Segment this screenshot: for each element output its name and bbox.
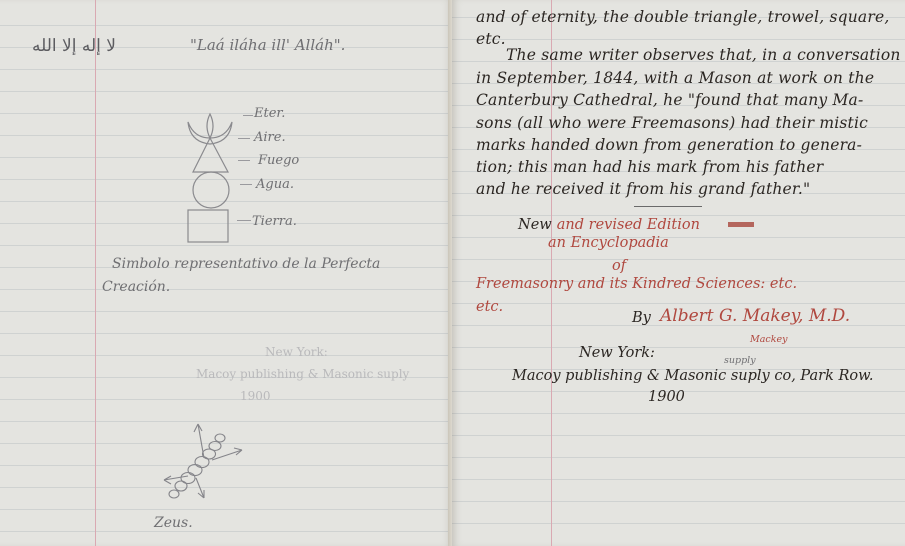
author-correction: Mackey bbox=[750, 334, 787, 345]
element-label-agua: Agua. bbox=[256, 177, 294, 192]
by-label: By bbox=[632, 310, 651, 326]
citation-line-etc: etc. bbox=[476, 299, 503, 315]
paragraph-line: tion; this man had his mark from his fat… bbox=[476, 158, 823, 176]
crossed-out-mark bbox=[728, 222, 754, 227]
author-name: Albert G. Makey, M.D. bbox=[660, 306, 850, 326]
connector-dash bbox=[238, 138, 250, 139]
citation-line-encyclopedia: an Encyclopadia bbox=[548, 235, 669, 251]
element-label-aire: Aire. bbox=[254, 130, 286, 145]
paragraph-line: and he received it from his grand father… bbox=[476, 180, 810, 198]
transliteration-text: "Laá iláha ill' Alláh". bbox=[190, 36, 345, 54]
bleed-through-line3: 1900 bbox=[240, 389, 271, 403]
left-margin-line bbox=[95, 0, 96, 546]
edition-revised-text: and revised Edition bbox=[557, 217, 700, 233]
publication-city: New York: bbox=[579, 345, 655, 361]
zeus-spiral-symbol-icon bbox=[160, 420, 250, 510]
connector-dash bbox=[237, 220, 251, 221]
element-label-eter: Eter. bbox=[254, 106, 285, 121]
connector-dash bbox=[238, 160, 250, 161]
edition-line: New and revised Edition bbox=[518, 214, 700, 233]
publisher-line: Macoy publishing & Masonic suply co, Par… bbox=[512, 368, 873, 384]
element-label-fuego: Fuego bbox=[258, 153, 299, 168]
bleed-through-line1: New York: bbox=[265, 345, 328, 359]
connector-dash bbox=[240, 184, 252, 185]
connector-dash bbox=[243, 115, 253, 116]
paragraph-line: and of eternity, the double triangle, tr… bbox=[476, 8, 889, 26]
diagram-caption-line1: Simbolo representativo de la Perfecta bbox=[112, 256, 380, 272]
edition-new-word: New bbox=[518, 217, 552, 233]
left-notebook-page: ﻻ ﺇﻟﻪ ﺇﻻ ﺍﻟﻠﻪ "Laá iláha ill' Alláh". Et… bbox=[0, 0, 452, 546]
bleed-through-line2: Macoy publishing & Masonic suply bbox=[196, 367, 409, 381]
right-notebook-page: and of eternity, the double triangle, tr… bbox=[452, 0, 905, 546]
paragraph-line: The same writer observes that, in a conv… bbox=[506, 46, 901, 64]
paragraph-line: Canterbury Cathedral, he "found that man… bbox=[476, 91, 863, 109]
paragraph-line: marks handed down from generation to gen… bbox=[476, 136, 862, 154]
zeus-label: Zeus. bbox=[154, 515, 193, 531]
paragraph-line: in September, 1844, with a Mason at work… bbox=[476, 69, 874, 87]
diagram-caption-line2: Creación. bbox=[102, 279, 170, 295]
publisher-correction: supply bbox=[724, 355, 756, 366]
citation-line-freemasonry: Freemasonry and its Kindred Sciences: et… bbox=[476, 276, 797, 292]
arabic-inscription: ﻻ ﺇﻟﻪ ﺇﻻ ﺍﻟﻠﻪ bbox=[32, 36, 116, 56]
citation-line-of: of bbox=[612, 258, 626, 274]
paragraph-line: etc. bbox=[476, 30, 506, 48]
elements-diagram-icon bbox=[180, 104, 260, 244]
separator-rule bbox=[634, 206, 702, 207]
paragraph-line: sons (all who were Freemasons) had their… bbox=[476, 114, 868, 132]
element-label-tierra: Tierra. bbox=[252, 214, 297, 229]
publication-year: 1900 bbox=[648, 389, 685, 405]
